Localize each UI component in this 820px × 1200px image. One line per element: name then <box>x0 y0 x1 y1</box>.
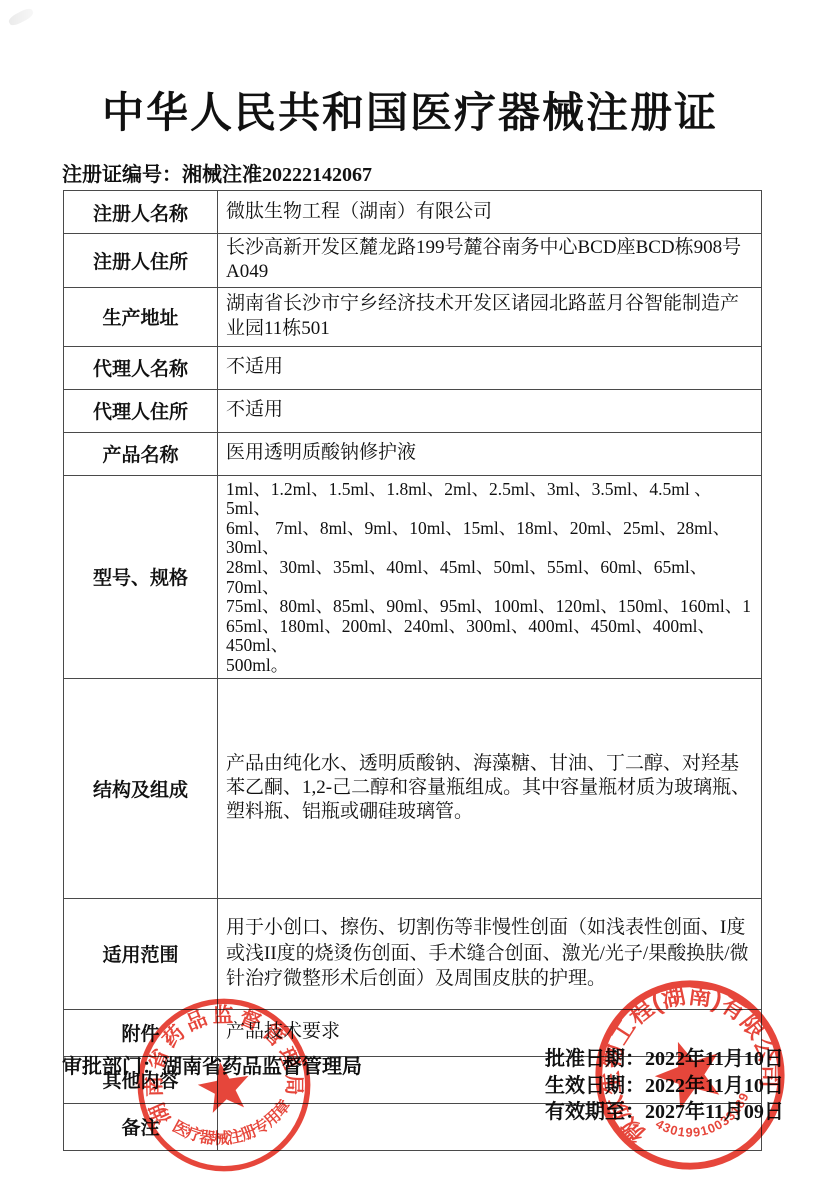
cert-number-label: 注册证编号： <box>62 164 182 186</box>
approval-date-value: 2022年11月10日 <box>645 1048 784 1070</box>
expiry-date-label: 有效期至： <box>545 1101 645 1123</box>
cert-number-line: 注册证编号：湘械注准20222142067 <box>62 158 372 187</box>
scan-smudge <box>7 6 35 27</box>
effective-date-label: 生效日期： <box>545 1075 645 1097</box>
certificate-table: 注册人名称 微肽生物工程（湖南）有限公司 注册人住所 长沙高新开发区麓龙路199… <box>63 190 762 1151</box>
row-value: 微肽生物工程（湖南）有限公司 <box>218 191 762 234</box>
row-scope-of-application: 适用范围 用于小创口、擦伤、切割伤等非慢性创面（如浅表性创面、I度或浅II度的烧… <box>64 898 762 1009</box>
dates-block: 批准日期：2022年11月10日 生效日期：2022年11月10日 有效期至：2… <box>545 1046 784 1126</box>
cert-number-value: 湘械注准20222142067 <box>182 164 372 186</box>
certificate-document: 中华人民共和国医疗器械注册证 注册证编号：湘械注准20222142067 注册人… <box>0 0 820 1200</box>
row-agent-address: 代理人住所 不适用 <box>64 389 762 432</box>
row-model-specs: 型号、规格 1ml、1.2ml、1.5ml、1.8ml、2ml、2.5ml、3m… <box>64 475 762 678</box>
approval-department-line: 审批部门：湖南省药品监督管理局 <box>62 1050 362 1079</box>
row-value: 1ml、1.2ml、1.5ml、1.8ml、2ml、2.5ml、3ml、3.5m… <box>218 475 762 678</box>
row-value: 产品由纯化水、透明质酸钠、海藻糖、甘油、丁二醇、对羟基苯乙酮、1,2-己二醇和容… <box>218 678 762 898</box>
row-label: 注册人名称 <box>64 191 218 234</box>
row-product-name: 产品名称 医用透明质酸钠修护液 <box>64 432 762 475</box>
row-value: 医用透明质酸钠修护液 <box>218 432 762 475</box>
row-label: 型号、规格 <box>64 475 218 678</box>
row-registrant-address: 注册人住所 长沙高新开发区麓龙路199号麓谷南务中心BCD座BCD栋908号A0… <box>64 234 762 288</box>
approval-department-label: 审批部门： <box>62 1056 162 1078</box>
page-title: 中华人民共和国医疗器械注册证 <box>0 80 820 140</box>
effective-date-value: 2022年11月10日 <box>645 1075 784 1097</box>
row-structure-composition: 结构及组成 产品由纯化水、透明质酸钠、海藻糖、甘油、丁二醇、对羟基苯乙酮、1,2… <box>64 678 762 898</box>
row-production-address: 生产地址 湖南省长沙市宁乡经济技术开发区诸园北路蓝月谷智能制造产业园11栋501 <box>64 287 762 346</box>
row-label: 代理人名称 <box>64 346 218 389</box>
row-value: 不适用 <box>218 389 762 432</box>
row-value: 湖南省长沙市宁乡经济技术开发区诸园北路蓝月谷智能制造产业园11栋501 <box>218 287 762 346</box>
approval-date-line: 批准日期：2022年11月10日 <box>545 1046 784 1073</box>
approval-date-label: 批准日期： <box>545 1048 645 1070</box>
row-registrant-name: 注册人名称 微肽生物工程（湖南）有限公司 <box>64 191 762 234</box>
row-label: 产品名称 <box>64 432 218 475</box>
row-label: 代理人住所 <box>64 389 218 432</box>
row-value: 不适用 <box>218 346 762 389</box>
row-label: 适用范围 <box>64 898 218 1009</box>
row-agent-name: 代理人名称 不适用 <box>64 346 762 389</box>
row-label: 附件 <box>64 1009 218 1056</box>
expiry-date-line: 有效期至：2027年11月09日 <box>545 1099 784 1126</box>
row-value: 长沙高新开发区麓龙路199号麓谷南务中心BCD座BCD栋908号A049 <box>218 234 762 288</box>
row-value: 用于小创口、擦伤、切割伤等非慢性创面（如浅表性创面、I度或浅II度的烧烫伤创面、… <box>218 898 762 1009</box>
row-label: 结构及组成 <box>64 678 218 898</box>
row-label: 备注 <box>64 1103 218 1150</box>
effective-date-line: 生效日期：2022年11月10日 <box>545 1073 784 1100</box>
approval-department-value: 湖南省药品监督管理局 <box>162 1056 362 1078</box>
row-label: 生产地址 <box>64 287 218 346</box>
row-label: 注册人住所 <box>64 234 218 288</box>
expiry-date-value: 2027年11月09日 <box>645 1101 784 1123</box>
